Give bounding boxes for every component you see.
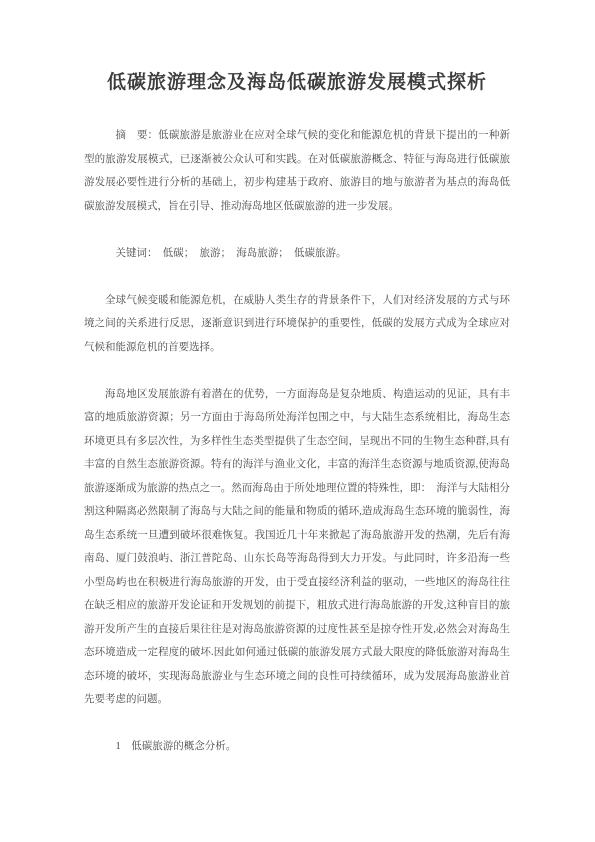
intro-paragraph: 全球气候变暖和能源危机，在威胁人类生存的背景条件下，人们对经济发展的方式与环境之… — [84, 289, 510, 360]
document-title: 低碳旅游理念及海岛低碳旅游发展模式探析 — [84, 68, 510, 98]
body-paragraph: 海岛地区发展旅游有着潜在的优势，一方面海岛是复杂地质、构造运动的见证，具有丰富的… — [84, 383, 510, 712]
document-page: 低碳旅游理念及海岛低碳旅游发展模式探析 摘 要：低碳旅游是旅游业在应对全球气候的… — [0, 0, 595, 842]
section-heading: 1 低碳旅游的概念分析。 — [84, 735, 510, 759]
abstract-paragraph: 摘 要：低碳旅游是旅游业在应对全球气候的变化和能源危机的背景下提出的一种新型的旅… — [84, 124, 510, 218]
keywords-line: 关键词： 低碳； 旅游； 海岛旅游； 低碳旅游。 — [84, 242, 510, 266]
